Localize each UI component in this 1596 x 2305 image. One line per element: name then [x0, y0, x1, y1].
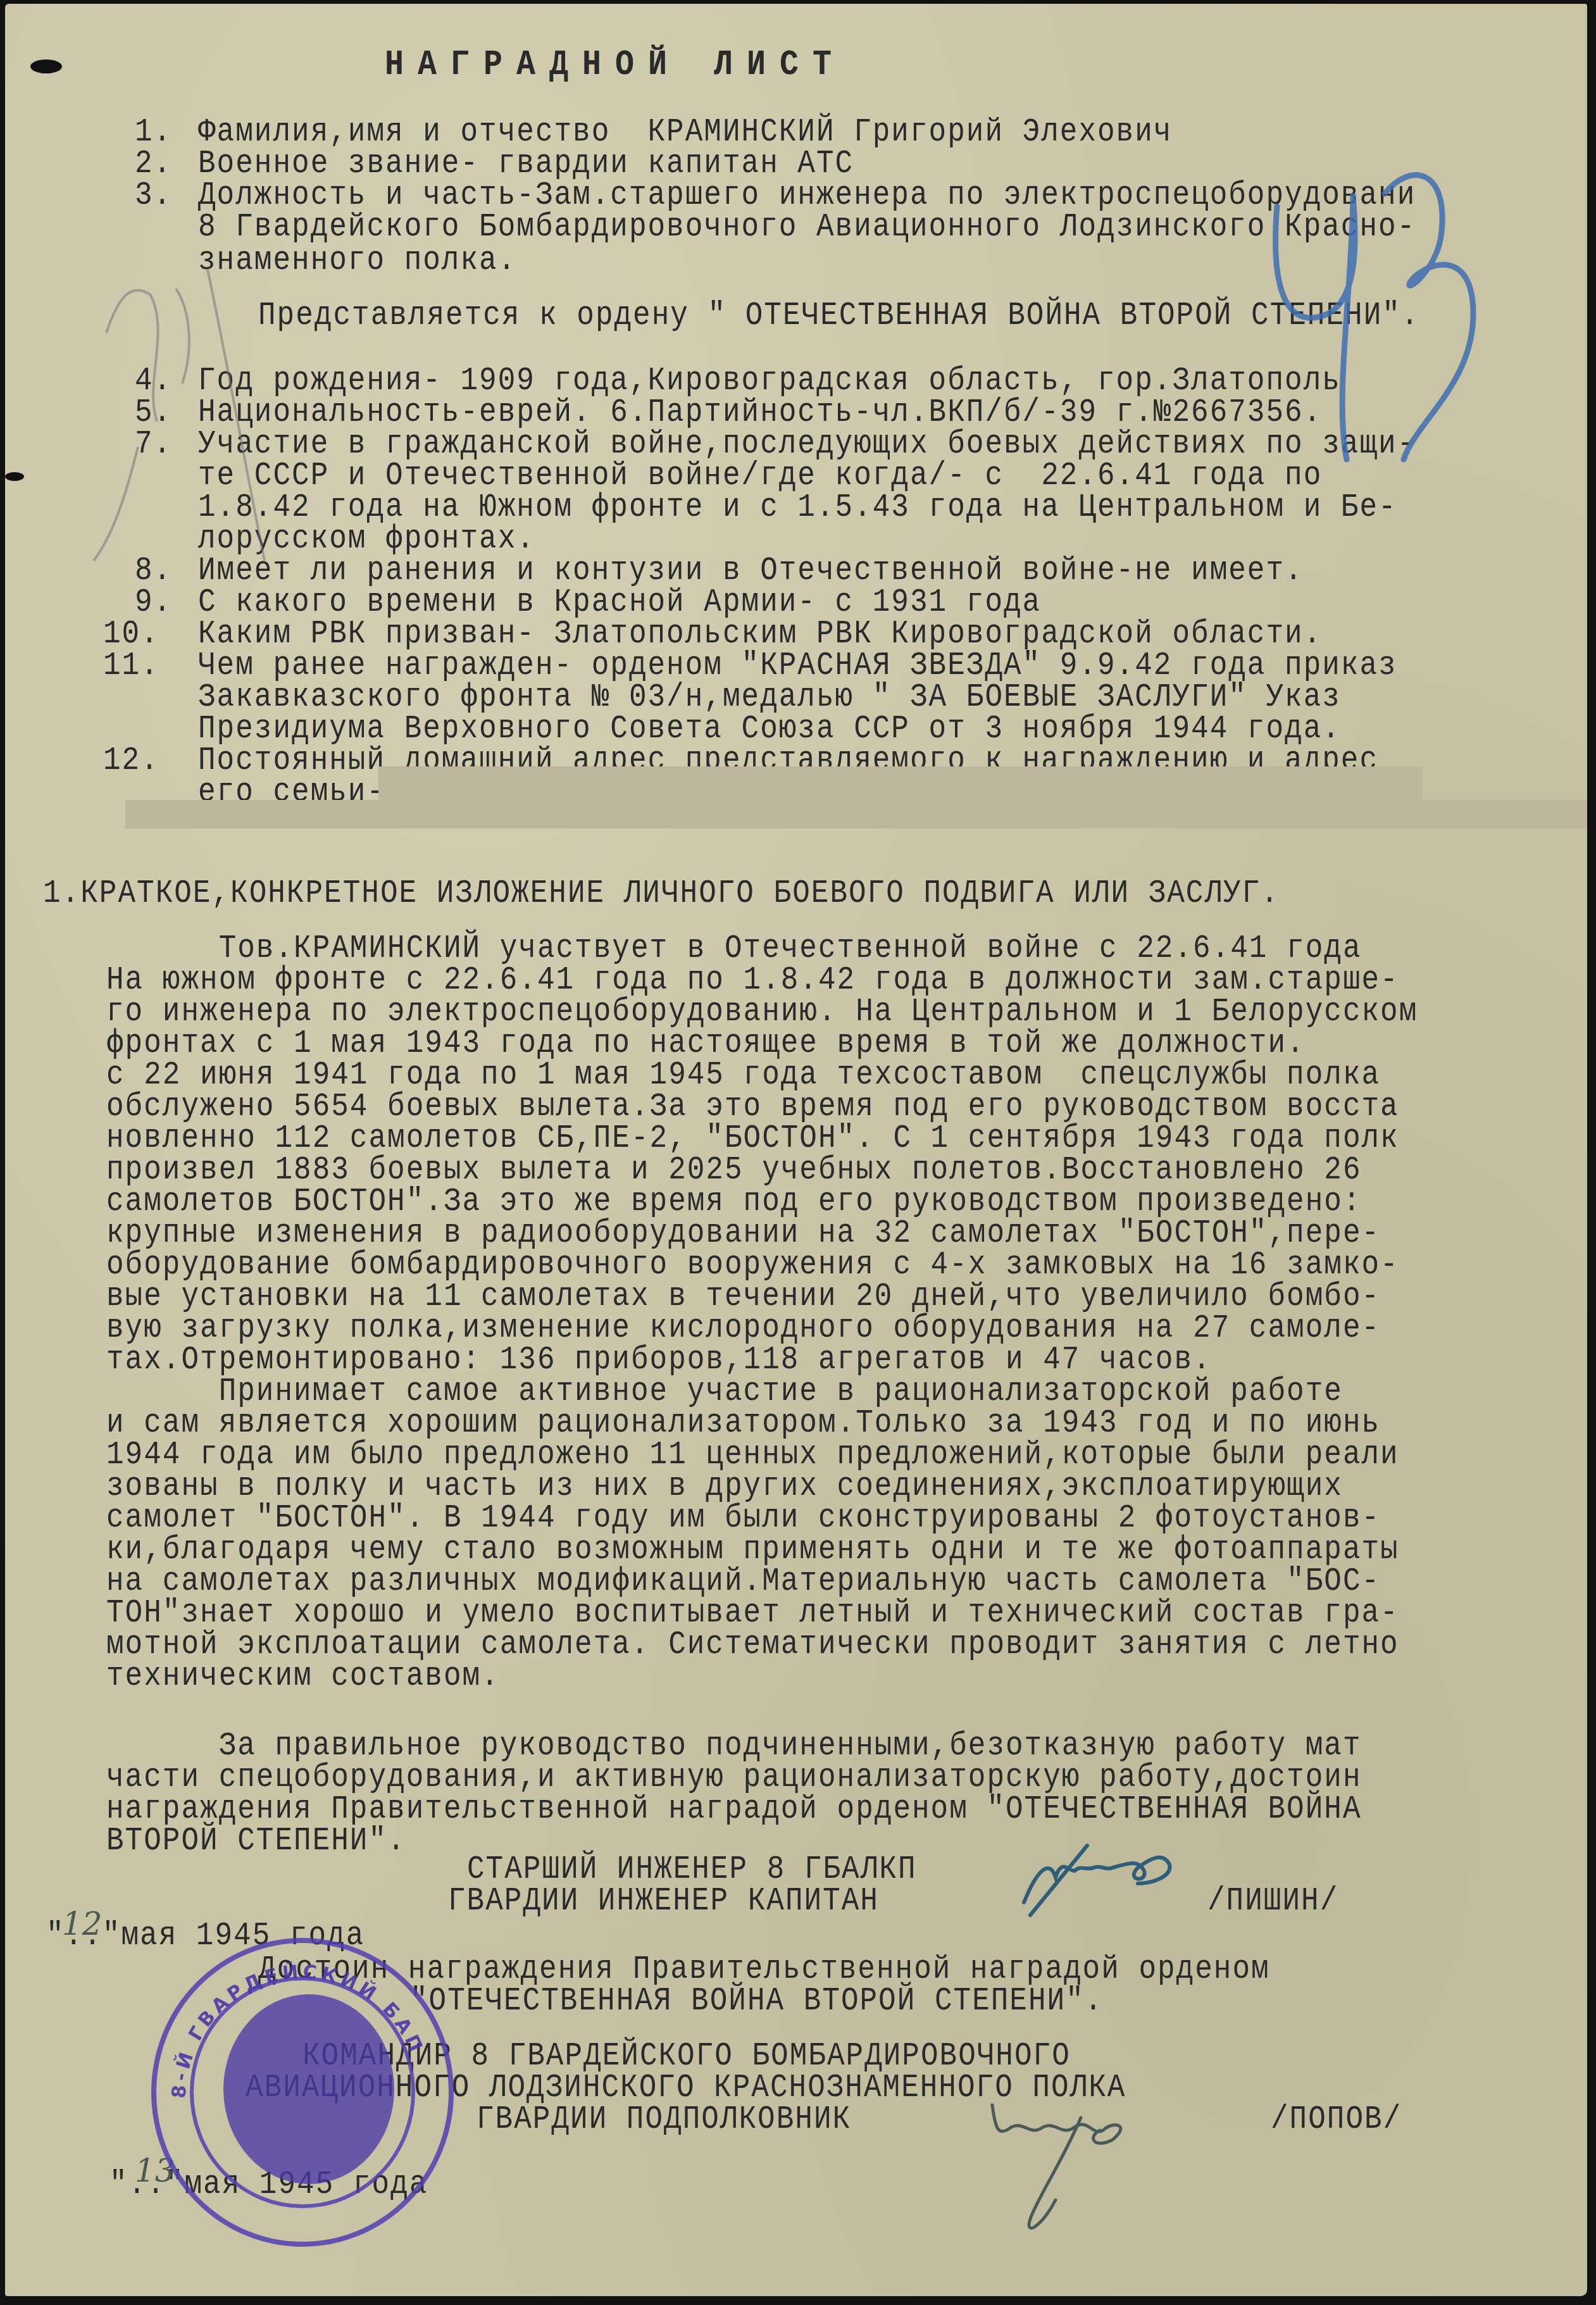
body-line: На южном фронте с 22.6.41 года по 1.8.42…: [106, 963, 1399, 998]
signature-popov: [986, 2092, 1150, 2244]
field-3: 3.Должность и часть-Зам.старшего инженер…: [135, 178, 1416, 213]
body-line: зованы в полку и часть из них в других с…: [106, 1469, 1343, 1504]
body-line: оборудование бомбардировочного вооружени…: [106, 1247, 1399, 1283]
conclusion-line: части спецоборудования,и активную рацион…: [106, 1760, 1362, 1796]
body-line: 1944 года им было предложено 11 ценных п…: [106, 1437, 1399, 1473]
field-11-cont: Президиума Верховного Совета Союза ССР о…: [198, 711, 1341, 747]
field-11-cont: Закавказского фронта № 03/н,медалью " ЗА…: [198, 680, 1341, 715]
redaction-block: [378, 766, 1423, 801]
body-line: ки,благодаря чему стало возможным примен…: [106, 1532, 1399, 1568]
punch-hole: [30, 59, 62, 73]
section-heading: 1.КРАТКОЕ,КОНКРЕТНОЕ ИЗЛОЖЕНИЕ ЛИЧНОГО Б…: [43, 876, 1280, 911]
body-line: Принимает самое активное участие в рацио…: [106, 1374, 1343, 1409]
field-7: 7.Участие в гражданской войне,последующи…: [135, 427, 1416, 462]
punch-hole: [5, 472, 24, 481]
body-line: фронтах с 1 мая 1943 года по настоящее в…: [106, 1026, 1306, 1061]
body-line: Тов.КРАМИНСКИЙ участвует в Отечественной…: [106, 931, 1362, 966]
field-3-cont: 8 Гвардейского Бомбардировочного Авиацио…: [198, 209, 1416, 245]
body-line: ТОН"знает хорошо и умело воспитывает лет…: [106, 1596, 1399, 1631]
body-line: мотной эксплоатации самолета. Систематич…: [106, 1627, 1399, 1663]
body-line: самолет "БОСТОН". В 1944 году им были ск…: [106, 1501, 1380, 1536]
body-line: и сам является хорошим рационализатором.…: [106, 1406, 1380, 1441]
field-7-cont: те СССР и Отечественной войне/где когда/…: [198, 458, 1322, 494]
redaction-block: [125, 800, 1587, 828]
body-line: го инженера по электроспецоборудованию. …: [106, 994, 1418, 1030]
document-title: НАГРАДНОЙ ЛИСТ: [385, 48, 845, 84]
field-5-6: 5.Национальность-еврей. 6.Партийность-чл…: [135, 395, 1322, 430]
nomination: Представляется к ордену " ОТЕЧЕСТВЕННАЯ …: [258, 298, 1419, 334]
award-sheet-page: НАГРАДНОЙ ЛИСТ 1.Фамилия,имя и отчество …: [5, 4, 1587, 2296]
conclusion-line: ВТОРОЙ СТЕПЕНИ".: [106, 1823, 406, 1859]
body-line: самолетов БОСТОН".За это же время под ег…: [106, 1184, 1362, 1220]
approval-line: "ОТЕЧЕСТВЕННАЯ ВОЙНА ВТОРОЙ СТЕПЕНИ".: [410, 1983, 1103, 2019]
body-line: крупные изменения в радиооборудовании на…: [106, 1216, 1380, 1251]
body-line: новленно 112 самолетов СБ,ПЕ-2, "БОСТОН"…: [106, 1121, 1399, 1156]
signatory2-name: /ПОПОВ/: [1271, 2102, 1402, 2137]
body-line: тах.Отремонтировано: 136 приборов,118 аг…: [106, 1342, 1212, 1378]
field-4: 4.Год рождения- 1909 года,Кировоградская…: [135, 363, 1341, 399]
field-9: 9.С какого времени в Красной Армии- с 19…: [135, 585, 1041, 620]
field-8: 8.Имеет ли ранения и контузии в Отечеств…: [135, 553, 1304, 589]
signatory1-title: СТАРШИЙ ИНЖЕНЕР 8 ГБАЛКП: [467, 1852, 917, 1887]
body-line: техническим составом.: [106, 1659, 500, 1694]
handwritten-day-1: 12: [62, 1906, 103, 1942]
field-1: 1.Фамилия,имя и отчество КРАМИНСКИЙ Григ…: [135, 115, 1172, 150]
body-line: вые установки на 11 самолетах в течении …: [106, 1279, 1380, 1315]
blue-pencil-number: [1258, 156, 1524, 510]
field-10: 10.Каким РВК призван- Златопольским РВК …: [103, 616, 1322, 652]
body-line: на самолетах различных модификаций.Матер…: [106, 1564, 1380, 1599]
official-stamp: 8-Й ГВАРДЕЙСКИЙ БАП: [147, 1934, 458, 2251]
signatory2-rank: ГВАРДИИ ПОДПОЛКОВНИК: [477, 2102, 851, 2137]
field-2: 2.Военное звание- гвардии капитан АТС: [135, 146, 854, 182]
signatory1-rank: ГВАРДИИ ИНЖЕНЕР КАПИТАН: [448, 1883, 879, 1919]
signatory1-name: /ПИШИН/: [1207, 1883, 1338, 1919]
body-line: произвел 1883 боевых вылета и 2025 учебн…: [106, 1152, 1362, 1188]
field-11: 11.Чем ранее награжден- орденом "КРАСНАЯ…: [103, 648, 1397, 684]
body-line: обслужено 5654 боевых вылета.За это врем…: [106, 1089, 1399, 1125]
pencil-marks: [81, 257, 290, 573]
body-line: с 22 июня 1941 года по 1 мая 1945 года т…: [106, 1058, 1380, 1093]
signature-pishin: [1011, 1833, 1188, 1921]
field-7-cont: 1.8.42 года на Южном фронте и с 1.5.43 г…: [198, 490, 1397, 525]
conclusion-line: награждения Правительственной наградой о…: [106, 1792, 1362, 1827]
conclusion-line: За правильное руководство подчиненными,б…: [106, 1728, 1362, 1764]
body-line: вую загрузку полка,изменение кислородног…: [106, 1311, 1380, 1346]
